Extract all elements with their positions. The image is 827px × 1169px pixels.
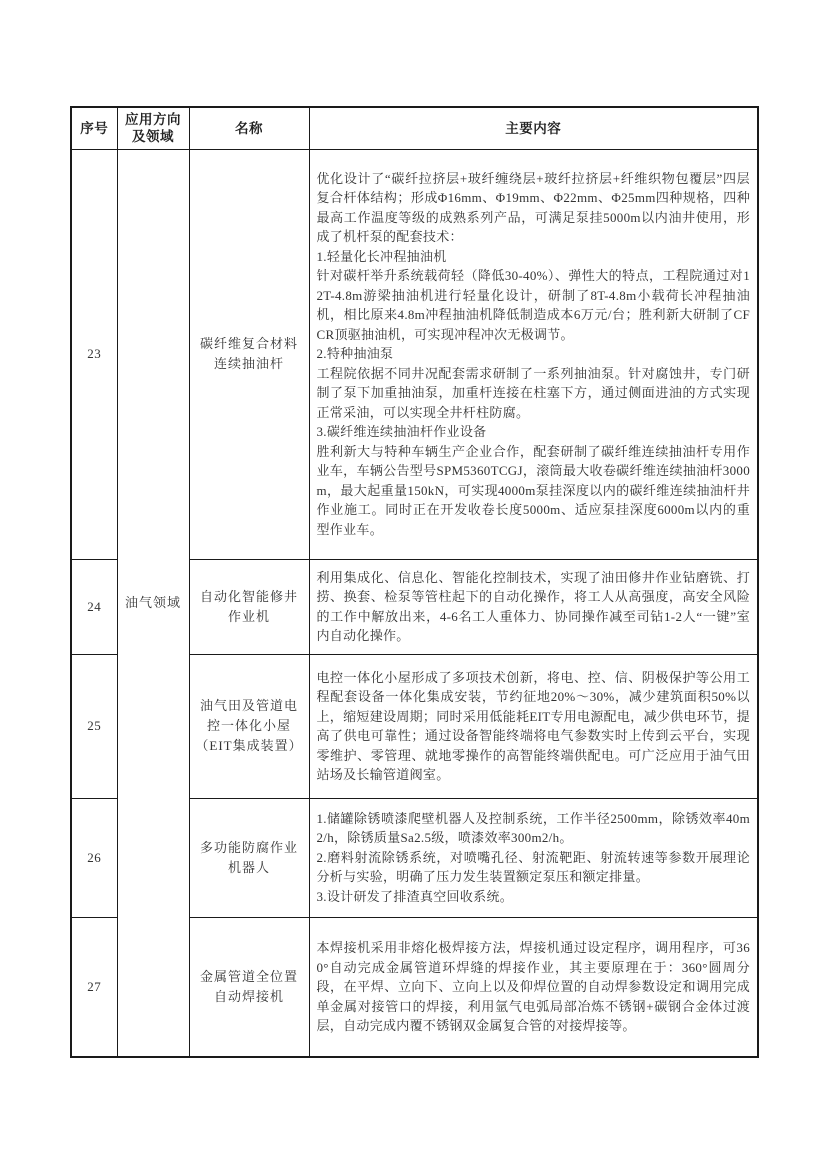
- content-cell: 利用集成化、信息化、智能化控制技术，实现了油田修井作业钻磨铣、打捞、换套、检泵等…: [309, 559, 758, 654]
- serial-cell: 24: [71, 559, 117, 654]
- name-cell: 多功能防腐作业机器人: [189, 798, 309, 917]
- table-row: 23 油气领域 碳纤维复合材料连续抽油杆 优化设计了“碳纤拉挤层+玻纤缠绕层+玻…: [71, 149, 758, 559]
- name-cell: 碳纤维复合材料连续抽油杆: [189, 149, 309, 559]
- content-table: 序号 应用方向 及领域 名称 主要内容 23 油气领域 碳纤维复合材料连续抽油杆…: [70, 106, 759, 1058]
- content-cell: 本焊接机采用非熔化极焊接方法，焊接机通过设定程序，调用程序，可360°自动完成金…: [309, 917, 758, 1057]
- col-header-serial: 序号: [71, 107, 117, 149]
- col-header-field: 应用方向 及领域: [117, 107, 189, 149]
- content-cell: 1.储罐除锈喷漆爬壁机器人及控制系统，工作半径2500mm，除锈效率40m2/h…: [309, 798, 758, 917]
- serial-cell: 27: [71, 917, 117, 1057]
- name-cell: 金属管道全位置自动焊接机: [189, 917, 309, 1057]
- field-cell: 油气领域: [117, 149, 189, 1057]
- table-header-row: 序号 应用方向 及领域 名称 主要内容: [71, 107, 758, 149]
- content-cell: 优化设计了“碳纤拉挤层+玻纤缠绕层+玻纤拉挤层+纤维织物包覆层”四层复合杆体结构…: [309, 149, 758, 559]
- col-header-content: 主要内容: [309, 107, 758, 149]
- serial-cell: 25: [71, 654, 117, 798]
- document-page: 序号 应用方向 及领域 名称 主要内容 23 油气领域 碳纤维复合材料连续抽油杆…: [0, 0, 827, 1169]
- serial-cell: 23: [71, 149, 117, 559]
- name-cell: 油气田及管道电控一体化小屋（EIT集成装置）: [189, 654, 309, 798]
- name-cell: 自动化智能修井作业机: [189, 559, 309, 654]
- col-header-name: 名称: [189, 107, 309, 149]
- serial-cell: 26: [71, 798, 117, 917]
- content-cell: 电控一体化小屋形成了多项技术创新，将电、控、信、阴极保护等公用工程配套设备一体化…: [309, 654, 758, 798]
